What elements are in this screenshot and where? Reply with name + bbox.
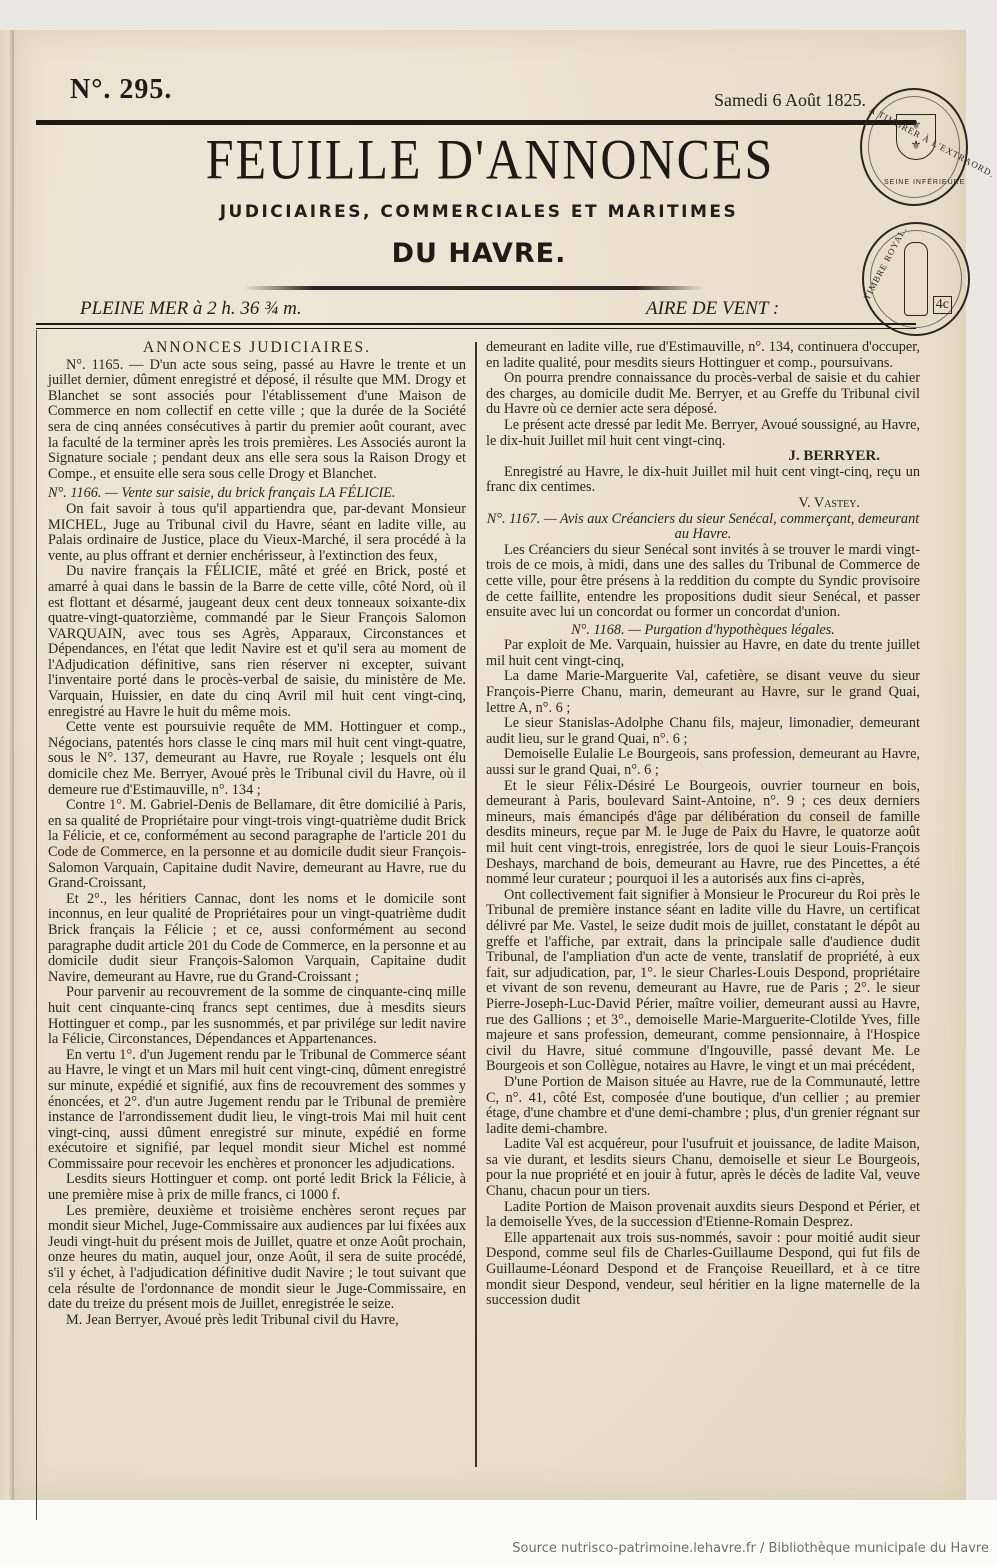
masthead-bottom-rule <box>36 323 916 325</box>
ornamental-rule <box>244 286 704 290</box>
paragraph: Lesdits sieurs Hottinguer et comp. ont p… <box>48 1172 466 1203</box>
paragraph: Ont collectivement fait signifier à Mons… <box>486 888 920 1075</box>
standing-figure-icon <box>904 242 928 316</box>
signature-vastey: V. Vastey. <box>486 496 920 512</box>
newspaper-city: DU HAVRE. <box>14 238 944 269</box>
paragraph: Demoiselle Eulalie Le Bourgeois, sans pr… <box>486 747 920 778</box>
notice-1166-heading: N°. 1166. — Vente sur saisie, du brick f… <box>48 486 466 502</box>
page-left-rule <box>36 330 37 1520</box>
paragraph: Par exploit de Me. Varquain, huissier au… <box>486 638 920 669</box>
paragraph: Cette vente est poursuivie requête de MM… <box>48 720 466 798</box>
paragraph: demeurant en ladite ville, rue d'Estimau… <box>486 340 920 371</box>
paragraph: Le sieur Stanislas-Adolphe Chanu fils, m… <box>486 716 920 747</box>
registration-note: Enregistré au Havre, le dix-huit Juillet… <box>486 465 920 496</box>
stamp-value: 4c <box>933 296 952 314</box>
paragraph: Ladite Val est acquéreur, pour l'usufrui… <box>486 1137 920 1199</box>
notice-1168-heading: N°. 1168. — Purgation d'hypothèques léga… <box>486 623 920 639</box>
notice-1167-heading: N°. 1167. — Avis aux Créanciers du sieur… <box>486 512 920 543</box>
issue-number: N°. 295. <box>70 74 172 106</box>
paragraph: M. Jean Berryer, Avoué près ledit Tribun… <box>48 1313 466 1329</box>
paragraph: Le présent acte dressé par ledit Me. Ber… <box>486 418 920 449</box>
royal-tax-stamp: TIMBRE ROYAL. 4c <box>862 222 970 336</box>
left-column: ANNONCES JUDICIAIRES. N°. 1165. — D'un a… <box>48 340 466 1328</box>
column-divider <box>475 342 477 1467</box>
paragraph: La dame Marie-Marguerite Val, cafetière,… <box>486 669 920 716</box>
wind-direction-info: AIRE DE VENT : <box>646 298 779 320</box>
paragraph: Les première, deuxième et troisième ench… <box>48 1204 466 1313</box>
paragraph: Elle appartenait aux trois sus-nommés, s… <box>486 1231 920 1309</box>
notice-1165: N°. 1165. — D'un acte sous seing, passé … <box>48 358 466 483</box>
newspaper-page: N°. 295. Samedi 6 Août 1825. FEUILLE D'A… <box>14 30 966 1500</box>
fleur-de-lis-shield-icon: ⚜⚜ <box>896 114 936 160</box>
paragraph: Contre 1°. M. Gabriel-Denis de Bellamare… <box>48 798 466 892</box>
paragraph: On pourra prendre connaissance du procès… <box>486 371 920 418</box>
right-column: demeurant en ladite ville, rue d'Estimau… <box>486 340 920 1309</box>
paragraph: Pour parvenir au recouvrement de la somm… <box>48 985 466 1047</box>
extraordinary-tax-stamp: A TIMBRER À L'EXTRAORD. ⚜⚜ SEINE INFÉRIE… <box>860 88 968 206</box>
masthead-bottom-rule-thin <box>36 328 916 329</box>
section-title: ANNONCES JUDICIAIRES. <box>48 340 466 356</box>
newspaper-subtitle: JUDICIAIRES, COMMERCIALES ET MARITIMES <box>14 202 944 222</box>
paragraph: Du navire français la FÉLICIE, mâté et g… <box>48 564 466 720</box>
paragraph: D'une Portion de Maison située au Havre,… <box>486 1075 920 1137</box>
source-credit: Source nutrisco-patrimoine.lehavre.fr / … <box>512 1541 989 1556</box>
masthead-top-rule <box>36 120 916 125</box>
signature-berryer: J. BERRYER. <box>486 449 920 465</box>
paragraph: Et 2°., les héritiers Cannac, dont les n… <box>48 892 466 986</box>
binding-spine <box>0 30 15 1500</box>
newspaper-title: FEUILLE D'ANNONCES <box>14 130 966 188</box>
paragraph: Et le sieur Félix-Désiré Le Bourgeois, o… <box>486 779 920 888</box>
notice-1167-body: Les Créanciers du sieur Senécal sont inv… <box>486 543 920 621</box>
paragraph: Ladite Portion de Maison provenait auxdi… <box>486 1200 920 1231</box>
stamp-subtext: SEINE INFÉRIEURE <box>884 179 965 186</box>
high-tide-info: PLEINE MER à 2 h. 36 ¾ m. <box>80 298 302 320</box>
paragraph: En vertu 1°. d'un Jugement rendu par le … <box>48 1048 466 1173</box>
paragraph: On fait savoir à tous qu'il appartiendra… <box>48 502 466 564</box>
issue-date: Samedi 6 Août 1825. <box>714 90 866 111</box>
